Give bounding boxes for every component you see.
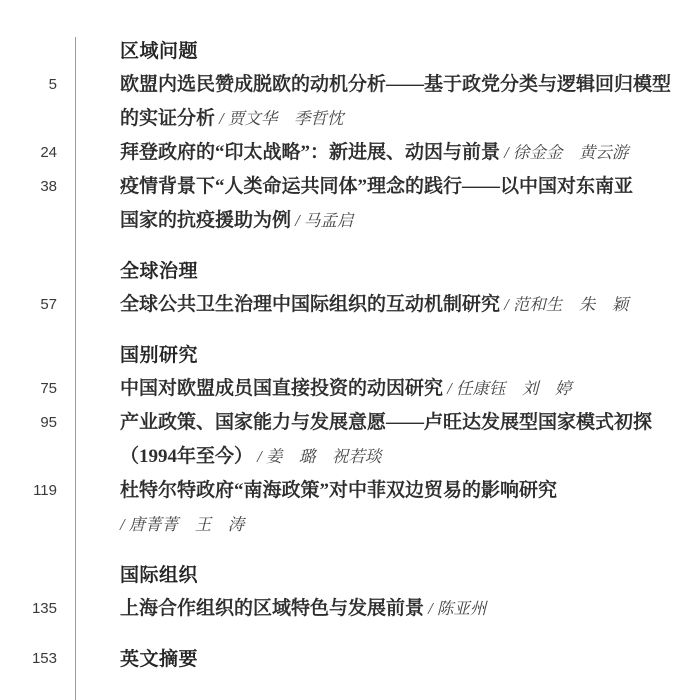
entry-title-line: 国家的抗疫援助为例 / 马孟启 — [120, 204, 674, 238]
entry-lines: 欧盟内选民赞成脱欧的动机分析——基于政党分类与逻辑回归模型的实证分析 / 贾文华… — [120, 68, 674, 136]
section-header: 全球治理 — [120, 254, 674, 288]
title-text: 欧盟内选民赞成脱欧的动机分析——基于政党分类与逻辑回归模型 — [120, 74, 671, 95]
title-text: 全球公共卫生治理中国际组织的互动机制研究 — [120, 294, 500, 315]
author-names: / 范和生 朱 颖 — [500, 295, 628, 314]
entry-title-line: 的实证分析 / 贾文华 季哲忱 — [120, 102, 674, 136]
section-items: 153 英文摘要 — [0, 642, 674, 676]
page-number: 75 — [0, 372, 57, 406]
title-text: 上海合作组织的区域特色与发展前景 — [120, 598, 424, 619]
toc-entry: 57 全球公共卫生治理中国际组织的互动机制研究 / 范和生 朱 颖 — [0, 288, 674, 322]
entry-title-line: 拜登政府的“印太战略”：新进展、动因与前景 / 徐金金 黄云游 — [120, 136, 674, 170]
page-number: 119 — [0, 474, 57, 508]
author-names: / 徐金金 黄云游 — [500, 143, 628, 162]
section-items: 75 中国对欧盟成员国直接投资的动因研究 / 任康钰 刘 婷 95 产业政策、国… — [0, 372, 674, 542]
entry-title-line: / 唐菁菁 王 涛 — [120, 508, 674, 542]
toc-entry: 119 杜特尔特政府“南海政策”对中菲双边贸易的影响研究/ 唐菁菁 王 涛 — [0, 474, 674, 542]
entry-title-line: 中国对欧盟成员国直接投资的动因研究 / 任康钰 刘 婷 — [120, 372, 674, 406]
section-header: 国别研究 — [120, 338, 674, 372]
entry-title-line: 疫情背景下“人类命运共同体”理念的践行——以中国对东南亚 — [120, 170, 674, 204]
section-items: 5 欧盟内选民赞成脱欧的动机分析——基于政党分类与逻辑回归模型的实证分析 / 贾… — [0, 68, 674, 238]
page-number: 57 — [0, 288, 57, 322]
page-number: 95 — [0, 406, 57, 440]
toc-entry: 135 上海合作组织的区域特色与发展前景 / 陈亚州 — [0, 592, 674, 626]
title-text: 英文摘要 — [120, 648, 198, 670]
entry-lines: 英文摘要 — [120, 642, 674, 676]
entry-title-line: 产业政策、国家能力与发展意愿——卢旺达发展型国家模式初探 — [120, 406, 674, 440]
toc-entry: 38 疫情背景下“人类命运共同体”理念的践行——以中国对东南亚国家的抗疫援助为例… — [0, 170, 674, 238]
author-names: / 唐菁菁 王 涛 — [120, 515, 244, 534]
toc-entry: 153 英文摘要 — [0, 642, 674, 676]
title-text: 国家的抗疫援助为例 — [120, 210, 291, 231]
section-header: 区域问题 — [120, 34, 674, 68]
entry-title-line: 全球公共卫生治理中国际组织的互动机制研究 / 范和生 朱 颖 — [120, 288, 674, 322]
toc-page: 区域问题 5 欧盟内选民赞成脱欧的动机分析——基于政党分类与逻辑回归模型的实证分… — [0, 0, 674, 700]
page-number: 38 — [0, 170, 57, 204]
entry-title-line: （1994年至今） / 姜 璐 祝若琰 — [120, 440, 674, 474]
entry-title-line: 英文摘要 — [120, 642, 674, 676]
entry-title-line: 欧盟内选民赞成脱欧的动机分析——基于政党分类与逻辑回归模型 — [120, 68, 674, 102]
toc-section: 全球治理 57 全球公共卫生治理中国际组织的互动机制研究 / 范和生 朱 颖 — [0, 254, 674, 322]
page-number: 135 — [0, 592, 57, 626]
toc-section: 区域问题 5 欧盟内选民赞成脱欧的动机分析——基于政党分类与逻辑回归模型的实证分… — [0, 34, 674, 238]
entry-lines: 杜特尔特政府“南海政策”对中菲双边贸易的影响研究/ 唐菁菁 王 涛 — [120, 474, 674, 542]
entry-title-line: 上海合作组织的区域特色与发展前景 / 陈亚州 — [120, 592, 674, 626]
entry-lines: 全球公共卫生治理中国际组织的互动机制研究 / 范和生 朱 颖 — [120, 288, 674, 322]
title-text: 中国对欧盟成员国直接投资的动因研究 — [120, 378, 443, 399]
toc-section: 153 英文摘要 — [0, 642, 674, 676]
author-names: / 马孟启 — [291, 211, 353, 230]
toc-section: 国别研究 75 中国对欧盟成员国直接投资的动因研究 / 任康钰 刘 婷 95 产… — [0, 338, 674, 542]
author-names: / 任康钰 刘 婷 — [443, 379, 571, 398]
toc-entry: 5 欧盟内选民赞成脱欧的动机分析——基于政党分类与逻辑回归模型的实证分析 / 贾… — [0, 68, 674, 136]
entry-lines: 上海合作组织的区域特色与发展前景 / 陈亚州 — [120, 592, 674, 626]
author-names: / 姜 璐 祝若琰 — [253, 447, 381, 466]
toc-section: 国际组织 135 上海合作组织的区域特色与发展前景 / 陈亚州 — [0, 558, 674, 626]
section-items: 135 上海合作组织的区域特色与发展前景 / 陈亚州 — [0, 592, 674, 626]
section-header: 国际组织 — [120, 558, 674, 592]
entry-lines: 产业政策、国家能力与发展意愿——卢旺达发展型国家模式初探（1994年至今） / … — [120, 406, 674, 474]
title-text: 杜特尔特政府“南海政策”对中菲双边贸易的影响研究 — [120, 480, 557, 501]
section-items: 57 全球公共卫生治理中国际组织的互动机制研究 / 范和生 朱 颖 — [0, 288, 674, 322]
toc-entry: 24 拜登政府的“印太战略”：新进展、动因与前景 / 徐金金 黄云游 — [0, 136, 674, 170]
table-of-contents: 区域问题 5 欧盟内选民赞成脱欧的动机分析——基于政党分类与逻辑回归模型的实证分… — [0, 34, 674, 676]
entry-lines: 中国对欧盟成员国直接投资的动因研究 / 任康钰 刘 婷 — [120, 372, 674, 406]
page-number: 5 — [0, 68, 57, 102]
title-text: （1994年至今） — [120, 446, 253, 467]
entry-lines: 疫情背景下“人类命运共同体”理念的践行——以中国对东南亚国家的抗疫援助为例 / … — [120, 170, 674, 238]
entry-lines: 拜登政府的“印太战略”：新进展、动因与前景 / 徐金金 黄云游 — [120, 136, 674, 170]
toc-entry: 95 产业政策、国家能力与发展意愿——卢旺达发展型国家模式初探（1994年至今）… — [0, 406, 674, 474]
entry-title-line: 杜特尔特政府“南海政策”对中菲双边贸易的影响研究 — [120, 474, 674, 508]
title-text: 疫情背景下“人类命运共同体”理念的践行——以中国对东南亚 — [120, 176, 633, 197]
toc-entry: 75 中国对欧盟成员国直接投资的动因研究 / 任康钰 刘 婷 — [0, 372, 674, 406]
author-names: / 陈亚州 — [424, 599, 486, 618]
title-text: 拜登政府的“印太战略”：新进展、动因与前景 — [120, 142, 500, 163]
page-number: 153 — [0, 642, 57, 676]
title-text: 的实证分析 — [120, 108, 215, 129]
page-number: 24 — [0, 136, 57, 170]
author-names: / 贾文华 季哲忱 — [215, 109, 343, 128]
title-text: 产业政策、国家能力与发展意愿——卢旺达发展型国家模式初探 — [120, 412, 652, 433]
